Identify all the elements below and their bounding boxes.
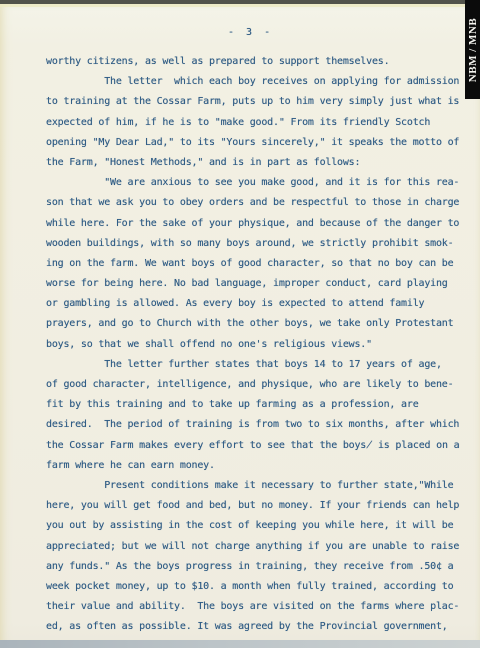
text-line: wooden buildings, with so many boys arou… — [46, 234, 476, 254]
page-number: - 3 - — [228, 27, 273, 38]
text-line: Present conditions make it necessary to … — [46, 476, 476, 496]
watermark-label: NBM / MNB — [467, 17, 479, 81]
text-line: boys, so that we shall offend no one's r… — [46, 335, 476, 355]
text-line: ing on the farm. We want boys of good ch… — [46, 254, 476, 274]
archive-stamp-watermark: NBM / MNB — [465, 0, 480, 99]
text-line: or gambling is allowed. As every boy is … — [46, 294, 476, 314]
text-line: son that we ask you to obey orders and b… — [46, 193, 476, 213]
photo-bottom-edge — [0, 640, 480, 648]
text-line: their value and ability. The boys are vi… — [46, 597, 476, 617]
text-line: the Farm, "Honest Methods," and is in pa… — [46, 153, 476, 173]
typed-text-block: worthy citizens, as well as prepared to … — [46, 52, 476, 637]
text-line: ed, as often as possible. It was agreed … — [46, 617, 476, 637]
text-line: farm where he can earn money. — [46, 456, 476, 476]
text-line: to training at the Cossar Farm, puts up … — [46, 92, 476, 112]
text-line: you out by assisting in the cost of keep… — [46, 516, 476, 536]
text-line: fit by this training and to take up farm… — [46, 395, 476, 415]
text-line: The letter which each boy receives on ap… — [46, 72, 476, 92]
text-line: opening "My Dear Lad," to its "Yours sin… — [46, 133, 476, 153]
text-line: worse for being here. No bad language, i… — [46, 274, 476, 294]
text-line: while here. For the sake of your physiqu… — [46, 214, 476, 234]
document-page: - 3 - worthy citizens, as well as prepar… — [0, 0, 480, 648]
text-line: of good character, intelligence, and phy… — [46, 375, 476, 395]
text-line: expected of him, if he is to "make good.… — [46, 113, 476, 133]
text-line: appreciated; but we will not charge anyt… — [46, 537, 476, 557]
paper-top-highlight — [0, 4, 480, 7]
text-line: week pocket money, up to $10. a month wh… — [46, 577, 476, 597]
text-line: worthy citizens, as well as prepared to … — [46, 52, 476, 72]
text-line: any funds." As the boys progress in trai… — [46, 557, 476, 577]
text-line: desired. The period of training is from … — [46, 415, 476, 435]
text-line: The letter further states that boys 14 t… — [46, 355, 476, 375]
text-line: prayers, and go to Church with the other… — [46, 314, 476, 334]
text-line: the Cossar Farm makes every effort to se… — [46, 436, 476, 456]
text-line: "We are anxious to see you make good, an… — [46, 173, 476, 193]
text-line: here, you will get food and bed, but no … — [46, 496, 476, 516]
